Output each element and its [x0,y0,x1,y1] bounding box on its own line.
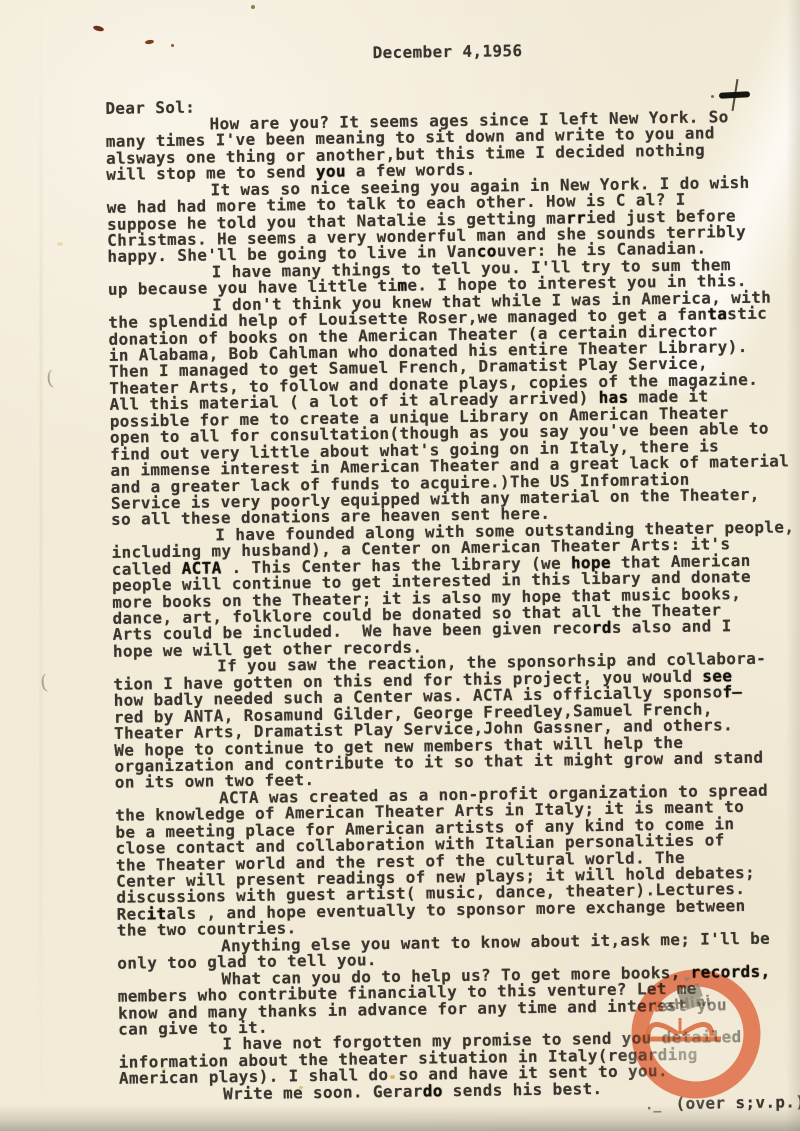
scan-edge-bottom [0,1105,800,1131]
paper-stain [299,1086,303,1089]
paper-crease-left [40,0,42,1131]
baldini-library-stamp: Baldini [628,966,768,1106]
margin-paren-mark: ( [39,670,49,695]
handwritten-ink-dot [711,95,714,98]
paper-stain [390,1075,395,1079]
paper-stain [57,242,63,246]
open-book-icon [640,1018,721,1039]
scanned-letter-page: December 4,1956 Dear Sol: How are you? I… [0,0,800,1131]
ink-stain [171,44,174,47]
paper-stain [162,1068,166,1071]
typewritten-letter: December 4,1956 Dear Sol: How are you? I… [105,39,800,1122]
letter-date: December 4,1956 [373,39,797,61]
margin-paren-mark: ( [45,366,55,391]
ink-stain [93,25,105,33]
letter-body: How are you? It seems ages since I left … [106,108,800,1104]
stamp-name-rest: aldini [664,993,712,1015]
scan-edge-right [786,0,800,1131]
ink-stain [145,39,154,44]
paper-speck [251,5,255,9]
